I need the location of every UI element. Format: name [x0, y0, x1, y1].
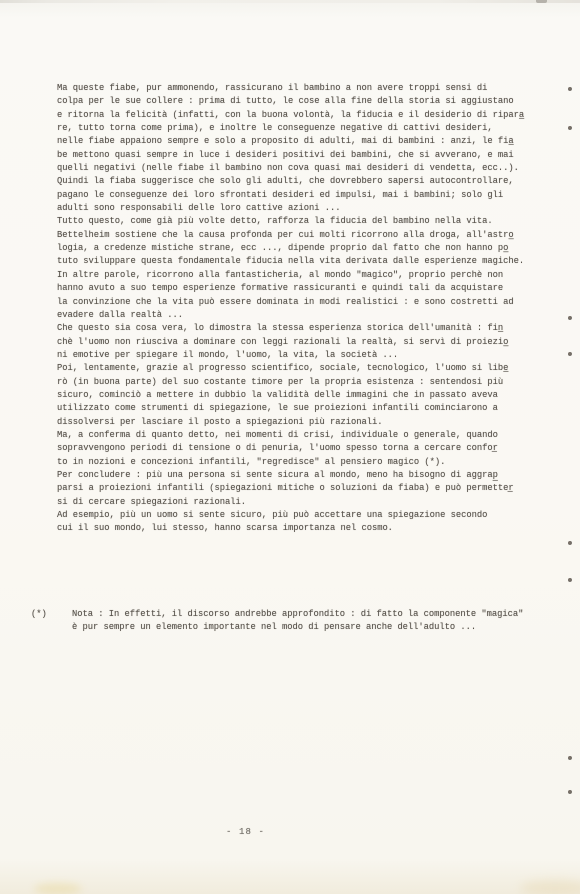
text-line: Che questo sia cosa vera, lo dimostra la…: [57, 322, 537, 335]
binding-hole-mark: [568, 316, 572, 320]
text-line: Ma queste fiabe, pur ammonendo, rassicur…: [57, 82, 537, 95]
binding-hole-mark: [568, 578, 572, 582]
text-line: sopravvengono periodi di tensione o di p…: [57, 442, 537, 455]
binding-hole-mark: [568, 352, 572, 356]
footnote-marker: (*): [31, 608, 47, 621]
text-line: e ritorna la felicità (infatti, con la b…: [57, 109, 537, 122]
text-line: Bettelheim sostiene che la causa profond…: [57, 229, 537, 242]
binding-hole-mark: [568, 541, 572, 545]
text-line: rò (in buona parte) del suo costante tim…: [57, 376, 537, 389]
text-line: evadere dalla realtà ...: [57, 309, 537, 322]
text-line: Poi, lentamente, grazie al progresso sci…: [57, 362, 537, 375]
text-line: utilizzato come strumenti di spiegazione…: [57, 402, 537, 415]
footnote-line: Nota : In effetti, il discorso andrebbe …: [72, 608, 542, 621]
scan-edge-notch: [536, 0, 547, 3]
binding-hole-mark: [568, 790, 572, 794]
page-number: - 18 -: [226, 827, 265, 837]
text-line: re, tutto torna come prima), e inoltre l…: [57, 122, 537, 135]
text-line: logia, a credenze mistiche strane, ecc .…: [57, 242, 537, 255]
text-line: si di cercare spiegazioni razionali.: [57, 496, 537, 509]
binding-hole-mark: [568, 756, 572, 760]
text-line: be mettono quasi sempre in luce i deside…: [57, 149, 537, 162]
footnote-line: è pur sempre un elemento importante nel …: [72, 621, 542, 634]
text-line: Per concludere : più una persona si sent…: [57, 469, 537, 482]
text-line: hanno avuto a suo tempo esperienze forma…: [57, 282, 537, 295]
corner-smudge-left: [34, 883, 82, 894]
scanned-page: Ma queste fiabe, pur ammonendo, rassicur…: [0, 0, 580, 894]
text-line: Ma, a conferma di quanto detto, nei mome…: [57, 429, 537, 442]
scan-top-edge: [0, 0, 580, 3]
text-line: adulti sono responsabili delle loro catt…: [57, 202, 537, 215]
text-line: parsi a proiezioni infantili (spiegazion…: [57, 482, 537, 495]
text-line: ni emotive per spiegare il mondo, l'uomo…: [57, 349, 537, 362]
text-line: cui il suo mondo, lui stesso, hanno scar…: [57, 522, 537, 535]
text-line: Quindi la fiaba suggerisce che solo gli …: [57, 175, 537, 188]
text-line: nelle fiabe appaiono sempre e solo a pro…: [57, 135, 537, 148]
footnote-text: Nota : In effetti, il discorso andrebbe …: [72, 608, 542, 635]
corner-smudge-right: [520, 880, 580, 894]
text-line: In altre parole, ricorrono alla fantasti…: [57, 269, 537, 282]
text-line: pagano le conseguenze dei loro sfrontati…: [57, 189, 537, 202]
text-line: tuto sviluppare questa fondamentale fidu…: [57, 255, 537, 268]
binding-hole-mark: [568, 87, 572, 91]
text-line: la convinzione che la vita può essere do…: [57, 296, 537, 309]
body-text: Ma queste fiabe, pur ammonendo, rassicur…: [57, 82, 537, 536]
text-line: colpa per le sue collere : prima di tutt…: [57, 95, 537, 108]
text-line: sicuro, cominciò a mettere in dubbio la …: [57, 389, 537, 402]
text-line: Tutto questo, come già più volte detto, …: [57, 215, 537, 228]
text-line: to in nozioni e concezioni infantili, "r…: [57, 456, 537, 469]
text-line: Ad esempio, più un uomo si sente sicuro,…: [57, 509, 537, 522]
binding-hole-mark: [568, 126, 572, 130]
text-line: dissolversi per lasciare il posto a spie…: [57, 416, 537, 429]
text-line: quelli negativi (nelle fiabe il bambino …: [57, 162, 537, 175]
text-line: chè l'uomo non riusciva a dominare con l…: [57, 336, 537, 349]
